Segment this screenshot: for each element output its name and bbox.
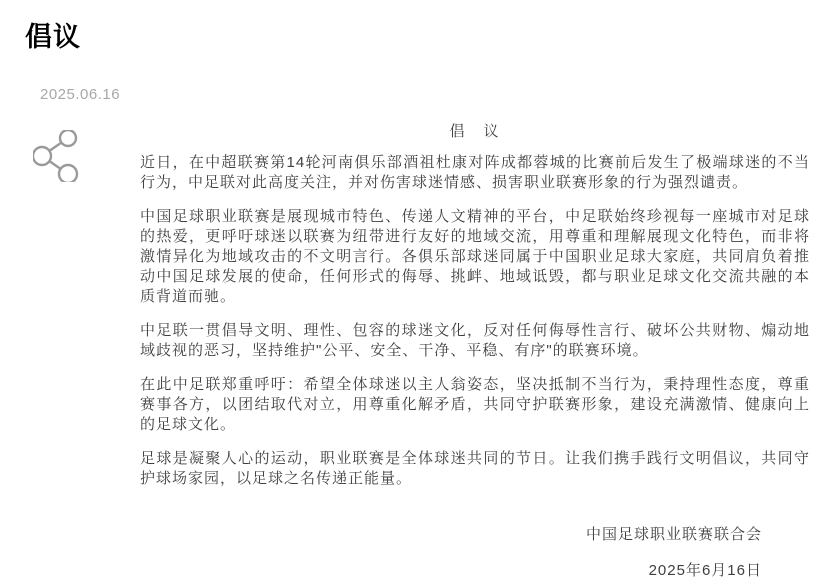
article-page: 倡议 2025.06.16 倡 议 近日，在中超联赛第14轮河南俱乐部酒祖杜康对… [0, 0, 835, 581]
article-paragraph: 在此中足联郑重呼吁：希望全体球迷以主人翁姿态，坚决抵制不当行为，秉持理性态度，尊… [140, 375, 810, 435]
signature-date: 2025年6月16日 [140, 561, 810, 581]
share-icon [33, 170, 85, 185]
article-paragraph: 中国足球职业联赛是展现城市特色、传递人文精神的平台，中足联始终珍视每一座城市对足… [140, 207, 810, 307]
article-paragraph: 近日，在中超联赛第14轮河南俱乐部酒祖杜康对阵成都蓉城的比赛前后发生了极端球迷的… [140, 153, 810, 193]
article-heading: 倡 议 [140, 122, 810, 142]
share-button[interactable] [33, 130, 85, 185]
share-rail [25, 122, 140, 187]
publish-date: 2025.06.16 [40, 87, 810, 103]
article-paragraph: 足球是凝聚人心的运动，职业联赛是全体球迷共同的节日。让我们携手践行文明倡议，共同… [140, 449, 810, 489]
article-content: 倡 议 近日，在中超联赛第14轮河南俱乐部酒祖杜康对阵成都蓉城的比赛前后发生了极… [140, 122, 810, 581]
signature-organization: 中国足球职业联赛联合会 [140, 525, 810, 545]
article-paragraph: 中足联一贯倡导文明、理性、包容的球迷文化，反对任何侮辱性言行、破坏公共财物、煽动… [140, 321, 810, 361]
page-title: 倡议 [25, 22, 810, 52]
article-body-row: 倡 议 近日，在中超联赛第14轮河南俱乐部酒祖杜康对阵成都蓉城的比赛前后发生了极… [25, 122, 810, 581]
